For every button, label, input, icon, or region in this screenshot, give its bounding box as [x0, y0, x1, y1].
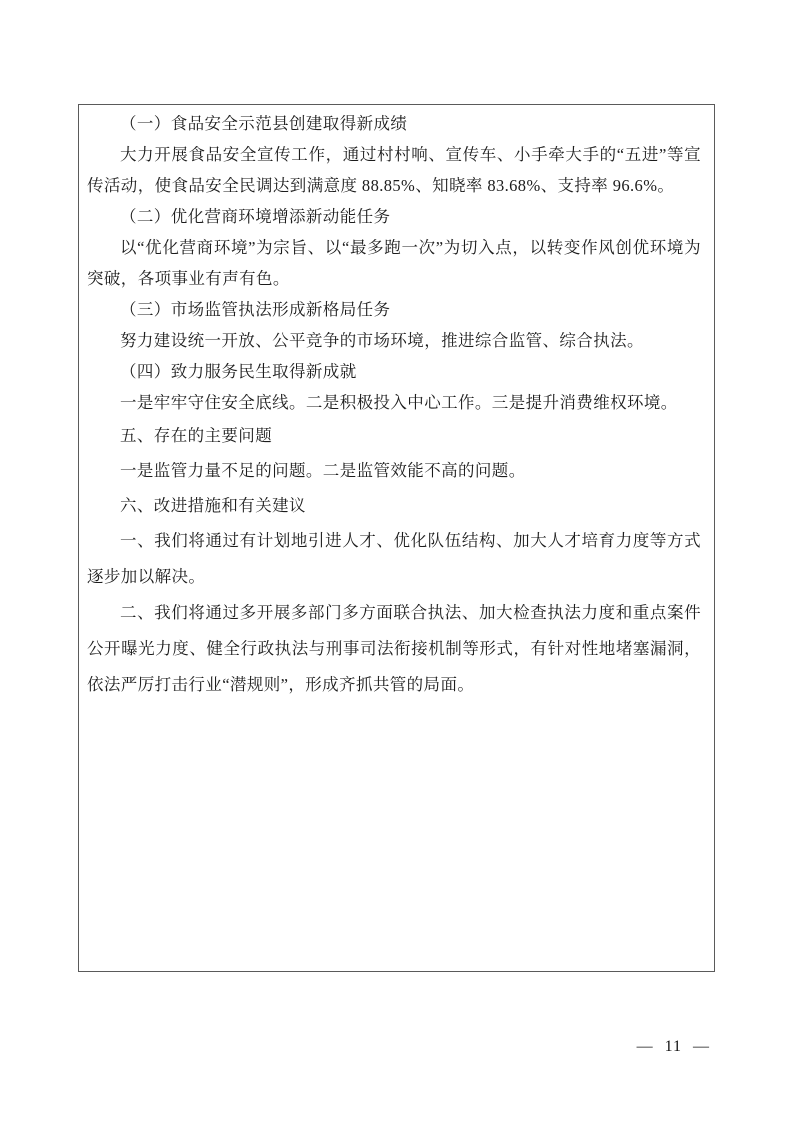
subsection-2-body: 以“优化营商环境”为宗旨、以“最多跑一次”为切入点，以转变作风创优环境为突破，各… — [87, 232, 701, 294]
section-6-heading: 六、改进措施和有关建议 — [87, 488, 701, 523]
section-5-heading: 五、存在的主要问题 — [87, 418, 701, 453]
document-page: （一）食品安全示范县创建取得新成绩 大力开展食品安全宣传工作，通过村村响、宣传车… — [0, 0, 793, 1122]
subsection-3-body: 努力建设统一开放、公平竞争的市场环境，推进综合监管、综合执法。 — [87, 325, 701, 356]
subsection-1-body: 大力开展食品安全宣传工作，通过村村响、宣传车、小手牵大手的“五进”等宣传活动，使… — [87, 139, 701, 201]
document-body-frame: （一）食品安全示范县创建取得新成绩 大力开展食品安全宣传工作，通过村村响、宣传车… — [78, 104, 715, 972]
subsection-4-body: 一是牢牢守住安全底线。二是积极投入中心工作。三是提升消费维权环境。 — [87, 387, 701, 418]
subsection-3-heading: （三）市场监管执法形成新格局任务 — [87, 294, 701, 325]
subsection-1-heading: （一）食品安全示范县创建取得新成绩 — [87, 108, 701, 139]
measure-2-paragraph: 二、我们将通过多开展多部门多方面联合执法、加大检查执法力度和重点案件公开曝光力度… — [87, 595, 701, 703]
subsection-4-heading: （四）致力服务民生取得新成就 — [87, 356, 701, 387]
section-5-body: 一是监管力量不足的问题。二是监管效能不高的问题。 — [87, 453, 701, 488]
measure-1-paragraph: 一、我们将通过有计划地引进人才、优化队伍结构、加大人才培育力度等方式逐步加以解决… — [87, 523, 701, 595]
subsection-2-heading: （二）优化营商环境增添新动能任务 — [87, 201, 701, 232]
page-number: — 11 — — [0, 1038, 710, 1056]
